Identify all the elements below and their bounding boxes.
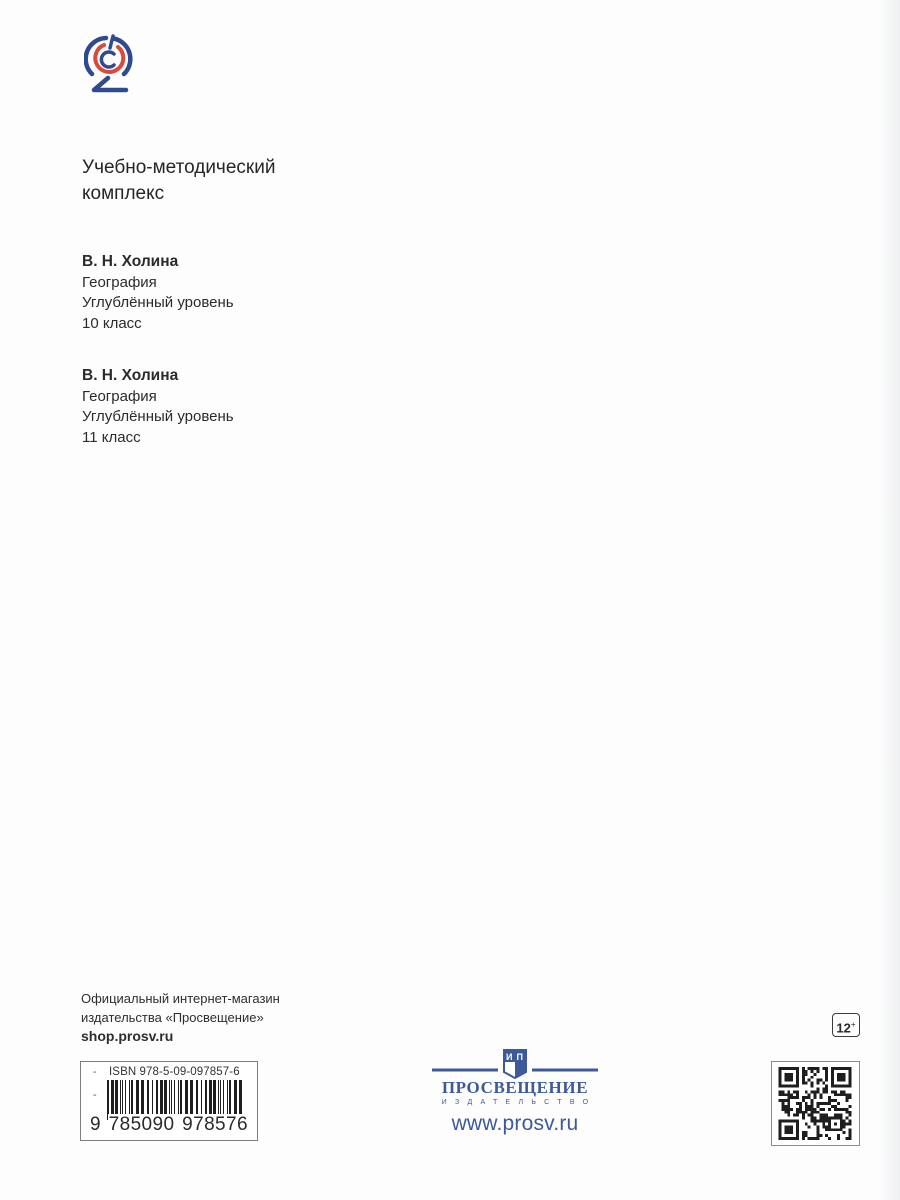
age-rating-suffix: +: [851, 1020, 856, 1029]
publisher-name: ПРОСВЕЩЕНИЕ: [430, 1078, 600, 1098]
isbn-barcode: - - ISBN 978-5-09-097857-6 9 785090 9785…: [80, 1061, 258, 1141]
page-edge-shadow: [878, 0, 900, 1200]
book-subject: География: [82, 273, 234, 294]
publisher-url-link[interactable]: www.prosv.ru: [430, 1112, 600, 1136]
book-grade: 11 класс: [82, 428, 234, 449]
qr-code[interactable]: [771, 1061, 860, 1146]
svg-text:П: П: [517, 1052, 523, 1062]
book-grade: 10 класс: [82, 314, 234, 335]
book-level: Углублённый уровень: [82, 293, 234, 314]
age-rating-value: 12: [836, 1020, 850, 1035]
shop-line1: Официальный интернет-магазин: [81, 990, 280, 1009]
barcode-digits-group1: 785090: [108, 1114, 176, 1135]
book-subject: География: [82, 387, 234, 408]
barcode-digit-lead: 9: [89, 1114, 102, 1135]
series-title: Учебно-методический комплекс: [82, 155, 275, 207]
book-author: В. Н. Холина: [82, 252, 234, 273]
shop-info: Официальный интернет-магазин издательств…: [81, 990, 280, 1046]
book-entry-grade-11: В. Н. Холина География Углублённый урове…: [82, 366, 234, 448]
svg-text:И: И: [506, 1052, 512, 1062]
shop-url-link[interactable]: shop.prosv.ru: [81, 1027, 280, 1046]
isbn-label: ISBN 978-5-09-097857-6: [109, 1066, 240, 1078]
barcode-digits: 9 785090 978576: [89, 1114, 249, 1136]
barcode-dash-mark: -: [93, 1089, 97, 1101]
publisher-block: И П ПРОСВЕЩЕНИЕ ИЗДАТЕЛЬСТВО www.prosv.r…: [430, 1034, 600, 1136]
barcode-dash-mark: -: [93, 1066, 97, 1078]
circular-c-emblem-icon: [84, 34, 134, 98]
book-author: В. Н. Холина: [82, 366, 234, 387]
shop-line2: издательства «Просвещение»: [81, 1009, 280, 1028]
series-title-line1: Учебно-методический: [82, 155, 275, 181]
barcode-digits-group2: 978576: [181, 1114, 249, 1135]
publisher-subtitle: ИЗДАТЕЛЬСТВО: [430, 1099, 600, 1106]
ip-shield-emblem-icon: И П: [430, 1034, 600, 1080]
age-rating-badge: 12+: [832, 1013, 860, 1037]
book-level: Углублённый уровень: [82, 407, 234, 428]
series-title-line2: комплекс: [82, 181, 275, 207]
qr-code-icon: [778, 1067, 852, 1140]
book-entry-grade-10: В. Н. Холина География Углублённый урове…: [82, 252, 234, 334]
